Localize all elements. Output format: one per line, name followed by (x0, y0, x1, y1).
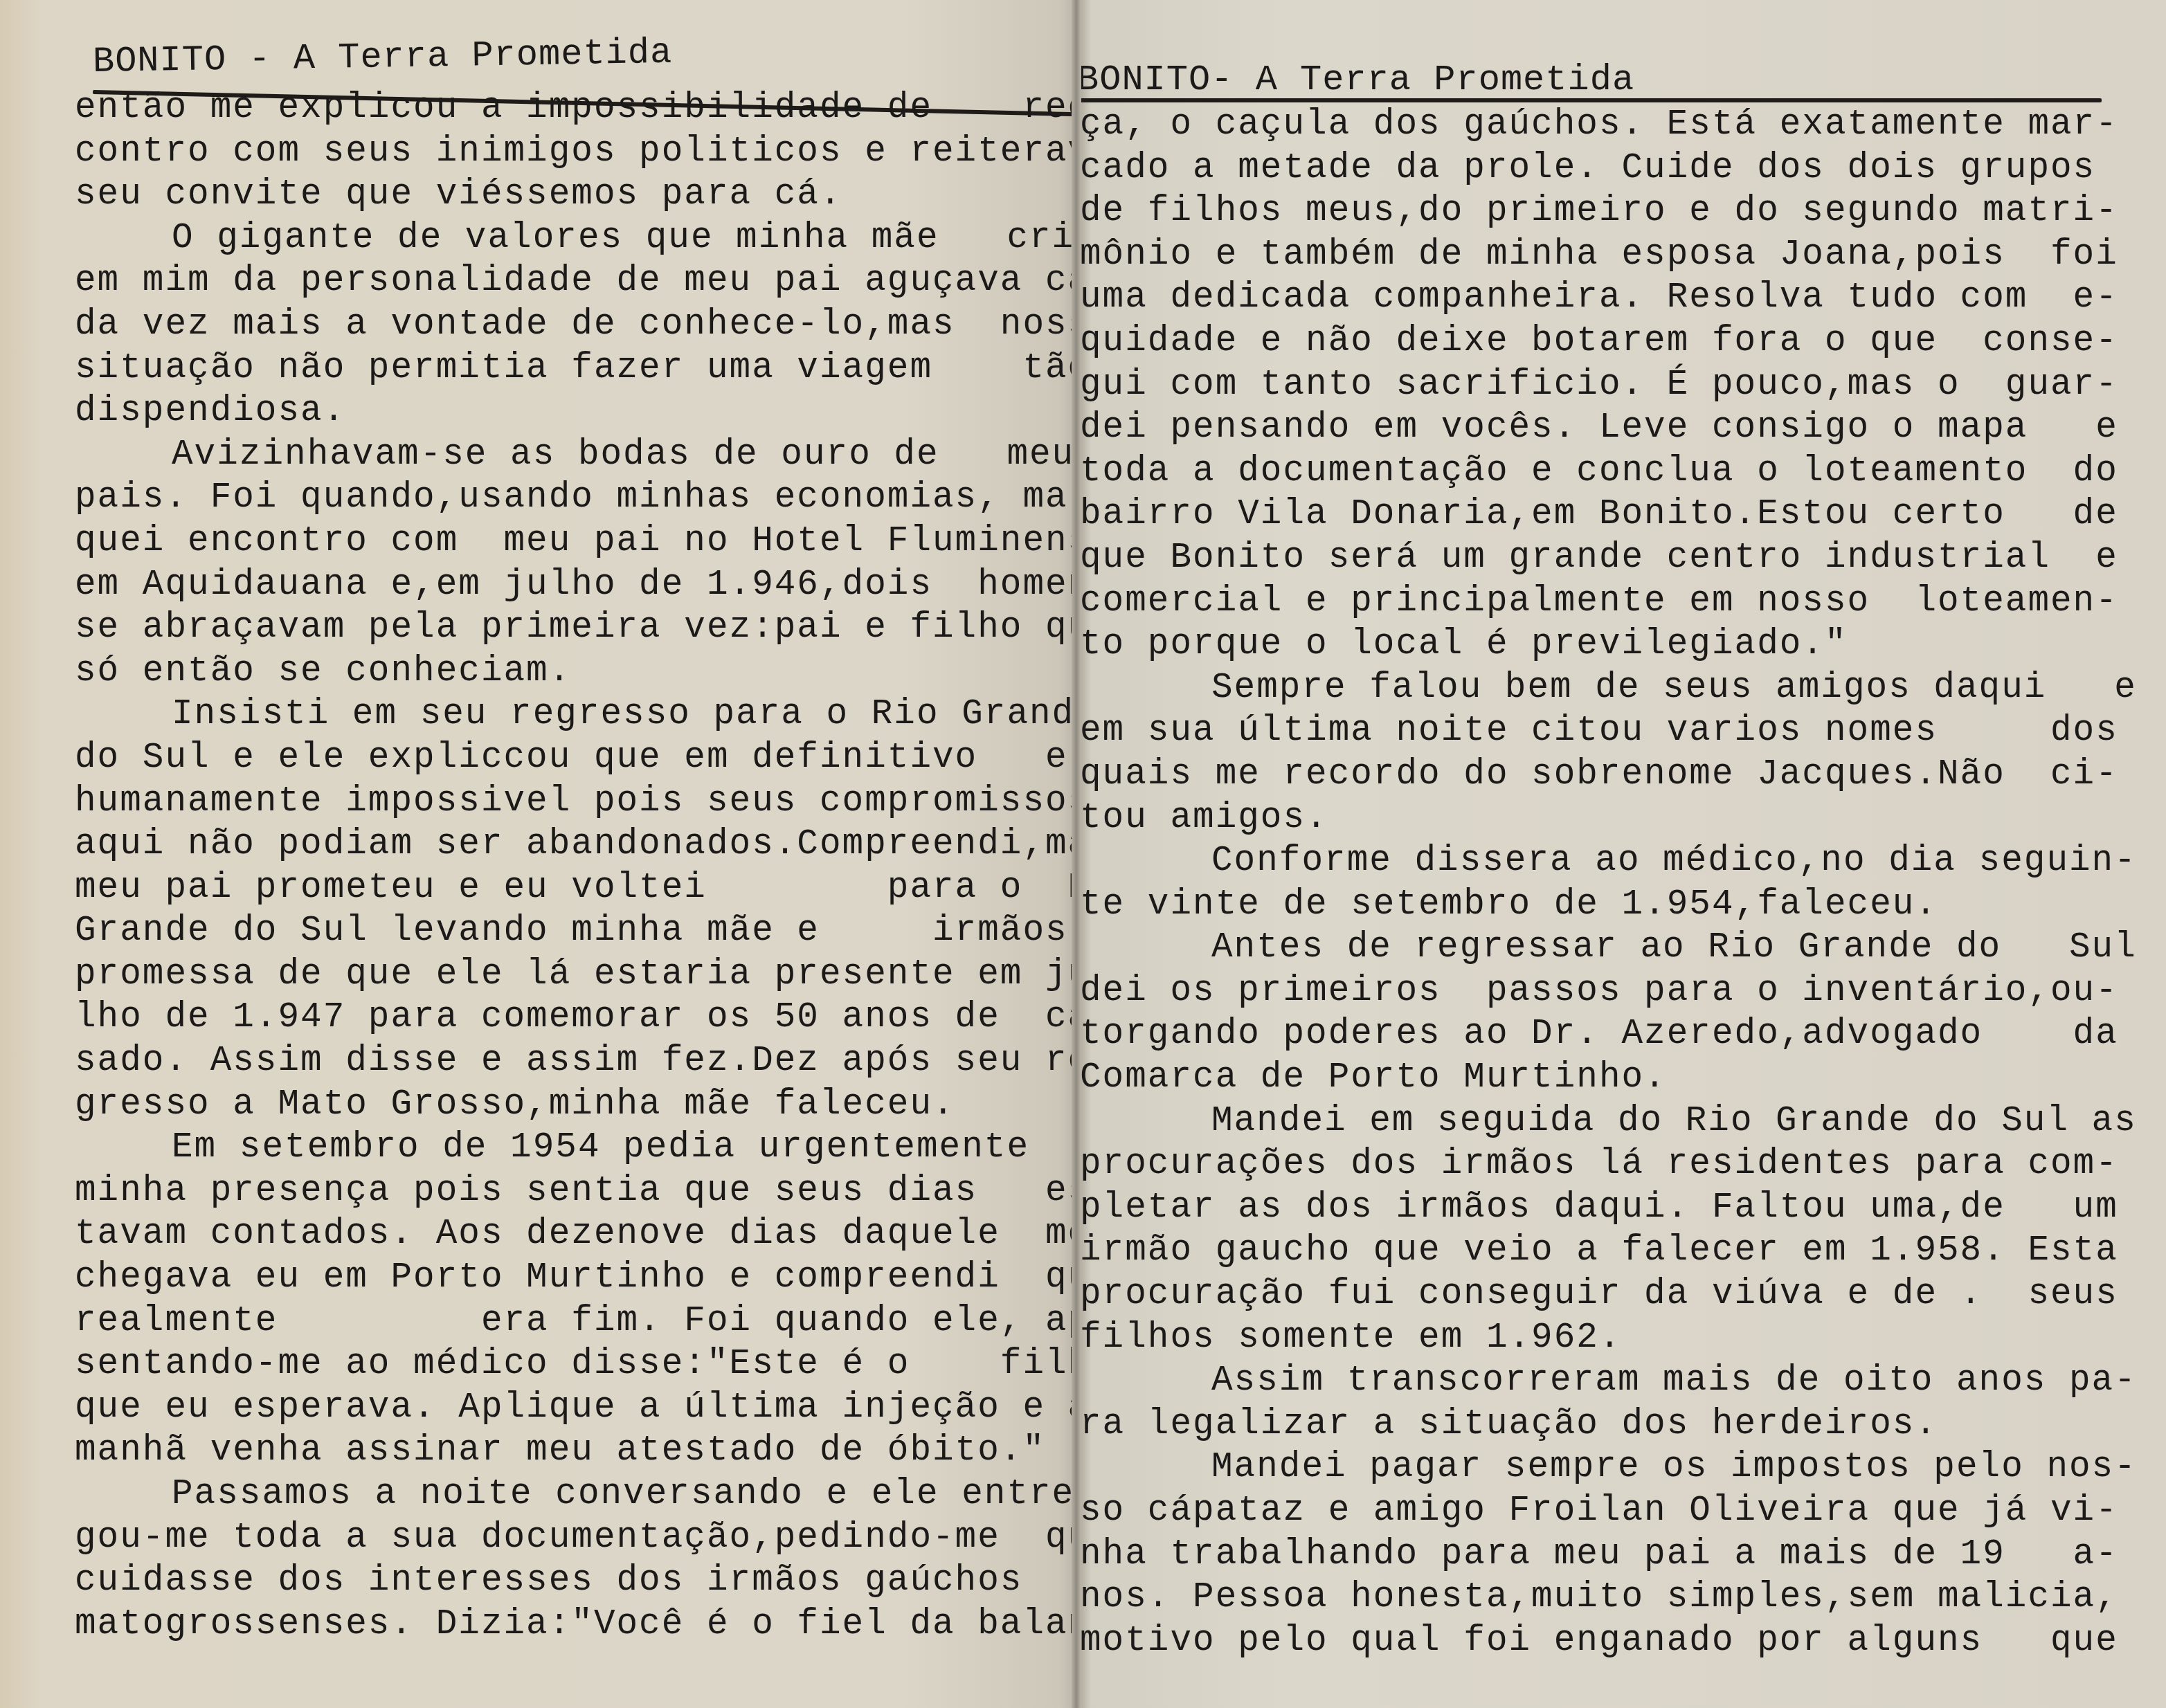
text-line: cado a metade da prole. Cuide dos dois g… (1080, 147, 2118, 191)
text-line: tou amigos. (1080, 797, 2118, 841)
running-header: BONITO- A Terra Prometida (1077, 60, 1634, 100)
text-line: só então se conheciam. (75, 651, 1072, 694)
running-header: BONITO - A Terra Prometida (93, 33, 673, 82)
text-line: em Aquidauana e,em julho de 1.946,dois h… (75, 564, 1072, 608)
text-line: Antes de regressar ao Rio Grande do Sul (1080, 927, 2118, 970)
text-line: Comarca de Porto Murtinho. (1080, 1057, 2118, 1100)
text-line: gui com tanto sacrificio. É pouco,mas o … (1080, 364, 2118, 408)
text-line: uma dedicada companheira. Resolva tudo c… (1080, 277, 2118, 320)
text-line: humanamente impossivel pois seus comprom… (75, 781, 1072, 824)
text-line: mônio e também de minha esposa Joana,poi… (1080, 234, 2118, 278)
text-line: procuração fui conseguir da viúva e de .… (1080, 1273, 2118, 1317)
text-line: gou-me toda a sua documentação,pedindo-m… (75, 1517, 1072, 1561)
text-line: situação não permitia fazer uma viagem t… (75, 347, 1072, 391)
text-line: Assim transcorreram mais de oito anos pa… (1080, 1360, 2118, 1403)
text-line: to porque o local é previlegiado." (1080, 624, 2118, 667)
text-line: manhã venha assinar meu atestado de óbit… (75, 1430, 1072, 1473)
text-line: toda a documentação e conclua o loteamen… (1080, 451, 2118, 494)
text-line: te vinte de setembro de 1.954,faleceu. (1080, 884, 2118, 927)
right-page: BONITO- A Terra Prometida ça, o caçula d… (1077, 0, 2166, 1708)
text-line: irmão gaucho que veio a falecer em 1.958… (1080, 1230, 2118, 1273)
text-line: nha trabalhando para meu pai a mais de 1… (1080, 1534, 2118, 1577)
text-line: nos. Pessoa honesta,muito simples,sem ma… (1080, 1577, 2118, 1620)
text-line: O gigante de valores que minha mãe criou (75, 217, 1072, 261)
text-line: dei pensando em vocês. Leve consigo o ma… (1080, 407, 2118, 451)
text-line: Conforme dissera ao médico,no dia seguin… (1080, 840, 2118, 884)
book-spread: BONITO - A Terra Prometida então me expl… (0, 0, 2166, 1708)
text-line: procurações dos irmãos lá residentes par… (1080, 1143, 2118, 1187)
text-line: sentando-me ao médico disse:"Este é o fi… (75, 1343, 1072, 1387)
left-page: BONITO - A Terra Prometida então me expl… (0, 0, 1077, 1708)
text-line: comercial e principalmente em nosso lote… (1080, 581, 2118, 624)
text-line: gresso a Mato Grosso,minha mãe faleceu. (75, 1084, 1072, 1127)
text-line: torgando poderes ao Dr. Azeredo,advogado… (1080, 1013, 2118, 1057)
page-body: ça, o caçula dos gaúchos. Está exatament… (1080, 104, 2118, 1663)
header-rule (1077, 98, 2102, 102)
text-line: Mandei pagar sempre os impostos pelo nos… (1080, 1446, 2118, 1490)
text-line: tavam contados. Aos dezenove dias daquel… (75, 1213, 1072, 1257)
text-line: ça, o caçula dos gaúchos. Está exatament… (1080, 104, 2118, 147)
text-line: cuidasse dos interesses dos irmãos gaúch… (75, 1560, 1072, 1603)
text-line: em sua última noite citou varios nomes d… (1080, 710, 2118, 754)
text-line: de filhos meus,do primeiro e do segundo … (1080, 190, 2118, 234)
page-body: então me explicou a impossibilidade de r… (75, 87, 1072, 1646)
text-line: que eu esperava. Aplique a última injeçã… (75, 1387, 1072, 1430)
text-line: Sempre falou bem de seus amigos daqui e (1080, 667, 2118, 711)
text-line: chegava eu em Porto Murtinho e compreend… (75, 1257, 1072, 1300)
text-line: então me explicou a impossibilidade de r… (75, 87, 1072, 131)
book-gutter (1072, 0, 1081, 1708)
text-line: motivo pelo qual foi enganado por alguns… (1080, 1620, 2118, 1664)
text-line: so cápataz e amigo Froilan Oliveira que … (1080, 1490, 2118, 1534)
text-line: pletar as dos irmãos daqui. Faltou uma,d… (1080, 1187, 2118, 1230)
text-line: Passamos a noite conversando e ele entre… (75, 1473, 1072, 1517)
text-line: dispendiosa. (75, 390, 1072, 434)
text-line: quei encontro com meu pai no Hotel Flumi… (75, 520, 1072, 564)
text-line: promessa de que ele lá estaria presente … (75, 954, 1072, 997)
text-line: em mim da personalidade de meu pai aguça… (75, 260, 1072, 304)
text-line: sado. Assim disse e assim fez.Dez após s… (75, 1040, 1072, 1084)
text-line: lho de 1.947 para comemorar os 50 anos d… (75, 997, 1072, 1040)
text-line: Mandei em seguida do Rio Grande do Sul a… (1080, 1100, 2118, 1144)
text-line: seu convite que viéssemos para cá. (75, 174, 1072, 217)
text-line: quidade e não deixe botarem fora o que c… (1080, 320, 2118, 364)
text-line: se abraçavam pela primeira vez:pai e fil… (75, 607, 1072, 651)
text-line: filhos somente em 1.962. (1080, 1317, 2118, 1361)
text-line: bairro Vila Donaria,em Bonito.Estou cert… (1080, 493, 2118, 537)
text-line: matogrossenses. Dizia:"Você é o fiel da … (75, 1603, 1072, 1647)
text-line: do Sul e ele expliccou que em definitivo… (75, 737, 1072, 781)
text-line: dei os primeiros passos para o inventári… (1080, 970, 2118, 1014)
text-line: Insisti em seu regresso para o Rio Grand… (75, 693, 1072, 737)
text-line: da vez mais a vontade de conhece-lo,mas … (75, 304, 1072, 347)
text-line: minha presença pois sentia que seus dias… (75, 1170, 1072, 1214)
text-line: Grande do Sul levando minha mãe e irmãos… (75, 910, 1072, 954)
text-line: Em setembro de 1954 pedia urgentemente a (75, 1127, 1072, 1170)
text-line: ra legalizar a situação dos herdeiros. (1080, 1403, 2118, 1447)
text-line: que Bonito será um grande centro industr… (1080, 537, 2118, 581)
text-line: Avizinhavam-se as bodas de ouro de meus (75, 434, 1072, 478)
text-line: meu pai prometeu e eu voltei para o Rio (75, 867, 1072, 911)
text-line: quais me recordo do sobrenome Jacques.Nã… (1080, 754, 2118, 797)
text-line: pais. Foi quando,usando minhas economias… (75, 477, 1072, 520)
text-line: aqui não podiam ser abandonados.Compreen… (75, 824, 1072, 867)
text-line: realmente era fim. Foi quando ele, apre- (75, 1300, 1072, 1344)
text-line: contro com seus inimigos politicos e rei… (75, 131, 1072, 174)
